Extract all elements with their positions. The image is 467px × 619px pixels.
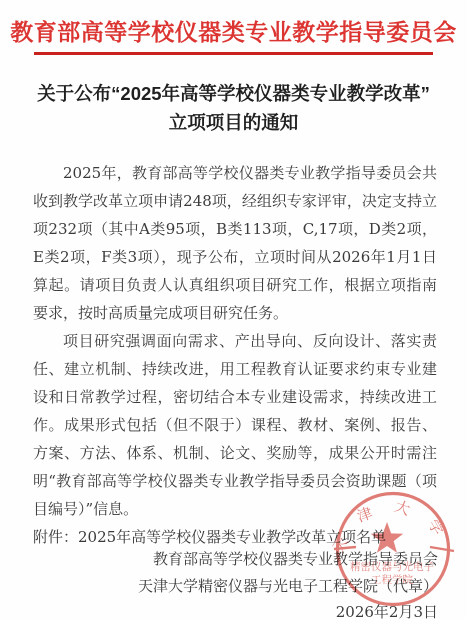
notice-title-line-2: 立项项目的通知 xyxy=(0,109,467,138)
seal-inner-text-line-2: 工程学院 xyxy=(371,573,413,586)
notice-title: 关于公布“2025年高等学校仪器类专业教学改革” 立项项目的通知 xyxy=(0,80,467,137)
official-seal: 天津大学 精密仪器与光电子 工程学院 xyxy=(330,489,458,611)
notice-document: 教育部高等学校仪器类专业教学指导委员会 关于公布“2025年高等学校仪器类专业教… xyxy=(0,0,467,619)
issuing-organization-header: 教育部高等学校仪器类专业教学指导委员会 xyxy=(0,14,467,47)
body-paragraph-1: 2025年，教育部高等学校仪器类专业教学指导委员会共收到教学改革立项申请248项… xyxy=(33,159,437,327)
header-divider-line xyxy=(34,52,433,55)
star-icon xyxy=(371,522,403,553)
notice-title-line-1: 关于公布“2025年高等学校仪器类专业教学改革” xyxy=(0,80,467,109)
seal-inner-text-line-1: 精密仪器与光电子 xyxy=(350,560,434,573)
